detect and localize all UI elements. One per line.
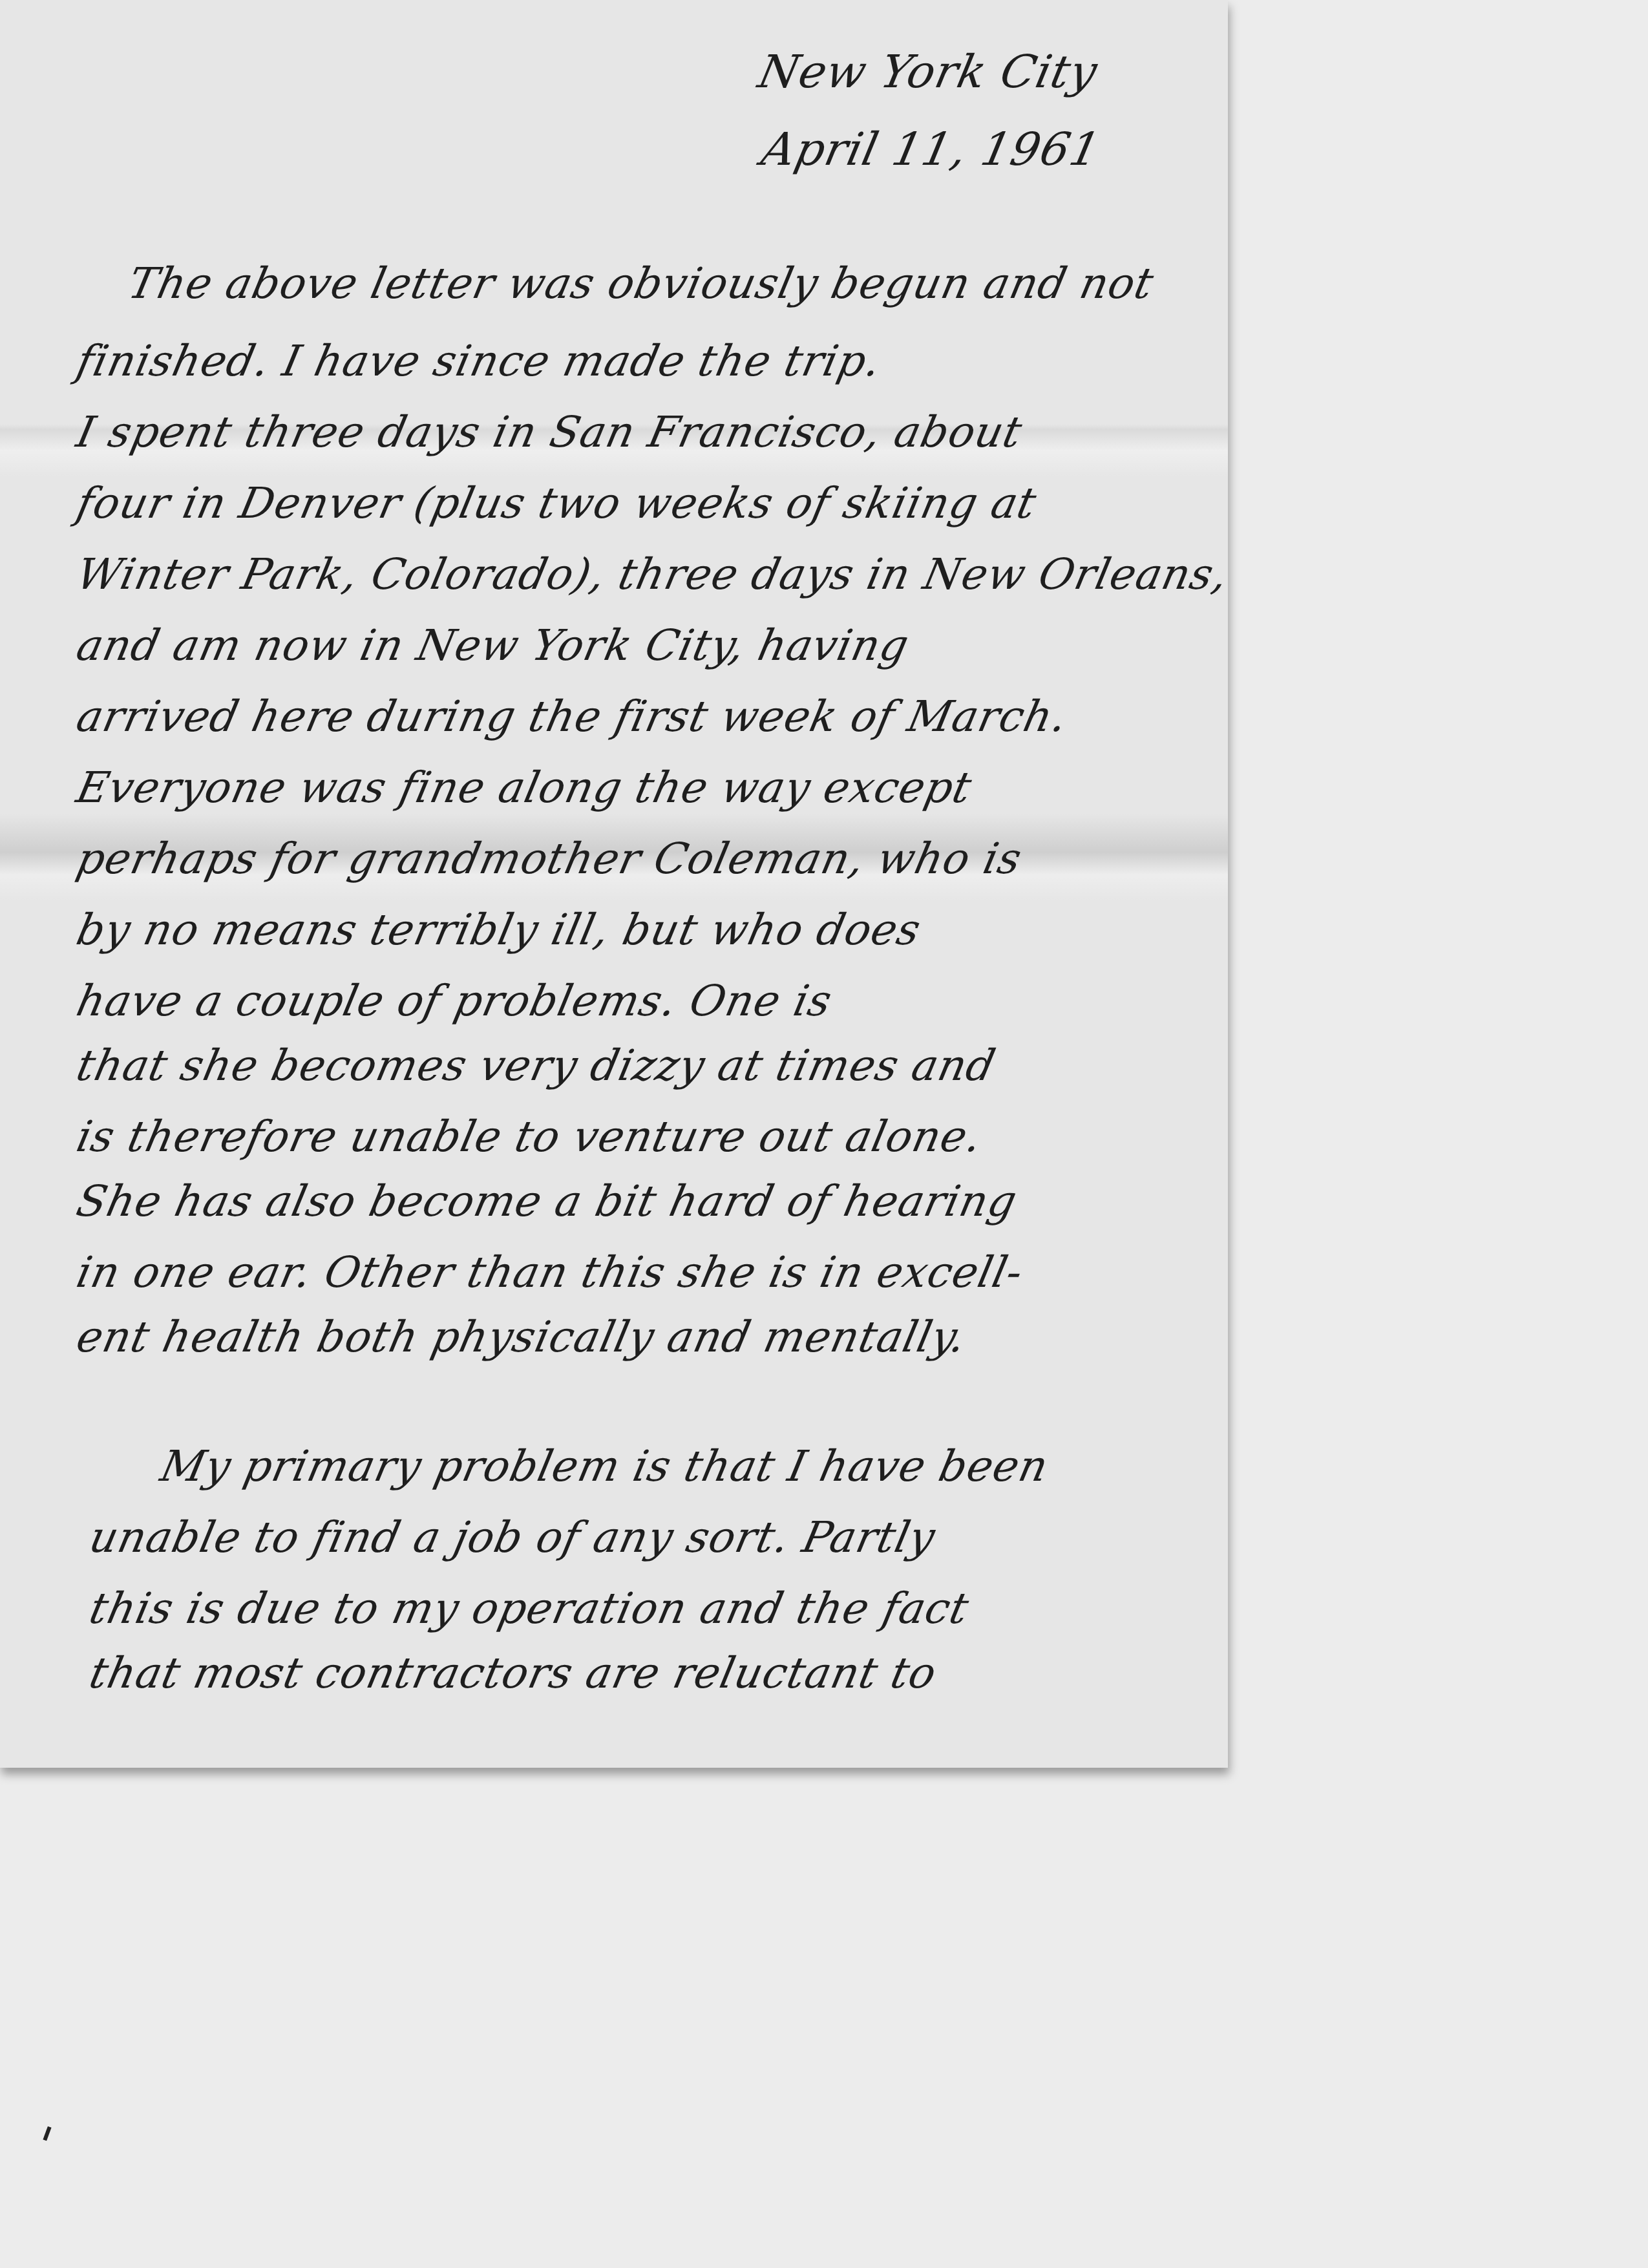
- text-line: four in Denver (plus two weeks of skiing…: [72, 478, 1041, 528]
- text-line: have a couple of problems. One is: [72, 976, 837, 1026]
- text-line: She has also become a bit hard of hearin…: [72, 1176, 1022, 1226]
- text-line: in one ear. Other than this she is in ex…: [72, 1247, 1028, 1297]
- text-line: finished. I have since made the trip.: [72, 336, 886, 386]
- text-line: by no means terribly ill, but who does: [72, 905, 925, 955]
- text-line: is therefore unable to venture out alone…: [72, 1112, 987, 1161]
- text-line: perhaps for grandmother Coleman, who is: [72, 834, 1026, 884]
- text-line: I spent three days in San Francisco, abo…: [72, 407, 1027, 457]
- text-line: Winter Park, Colorado), three days in Ne…: [72, 549, 1233, 599]
- text-line: ent health both physically and mentally.: [72, 1312, 971, 1362]
- text-line: this is due to my operation and the fact: [85, 1584, 973, 1633]
- text-line: arrived here during the first week of Ma…: [72, 692, 1072, 741]
- letter-place: New York City: [754, 45, 1102, 98]
- text-line: The above letter was obviously begun and…: [124, 259, 1158, 308]
- text-line: unable to find a job of any sort. Partly: [85, 1512, 940, 1562]
- text-line: Everyone was fine along the way except: [72, 763, 977, 812]
- text-line: and am now in New York City, having: [72, 620, 914, 670]
- text-line: that most contractors are reluctant to: [85, 1648, 941, 1698]
- text-line: that she becomes very dizzy at times and: [72, 1041, 1000, 1090]
- scan-speck: [43, 2126, 51, 2141]
- text-line: My primary problem is that I have been: [156, 1441, 1053, 1491]
- letter-date: April 11, 1961: [757, 123, 1105, 176]
- letter-page: New York City April 11, 1961 The above l…: [0, 0, 1228, 1768]
